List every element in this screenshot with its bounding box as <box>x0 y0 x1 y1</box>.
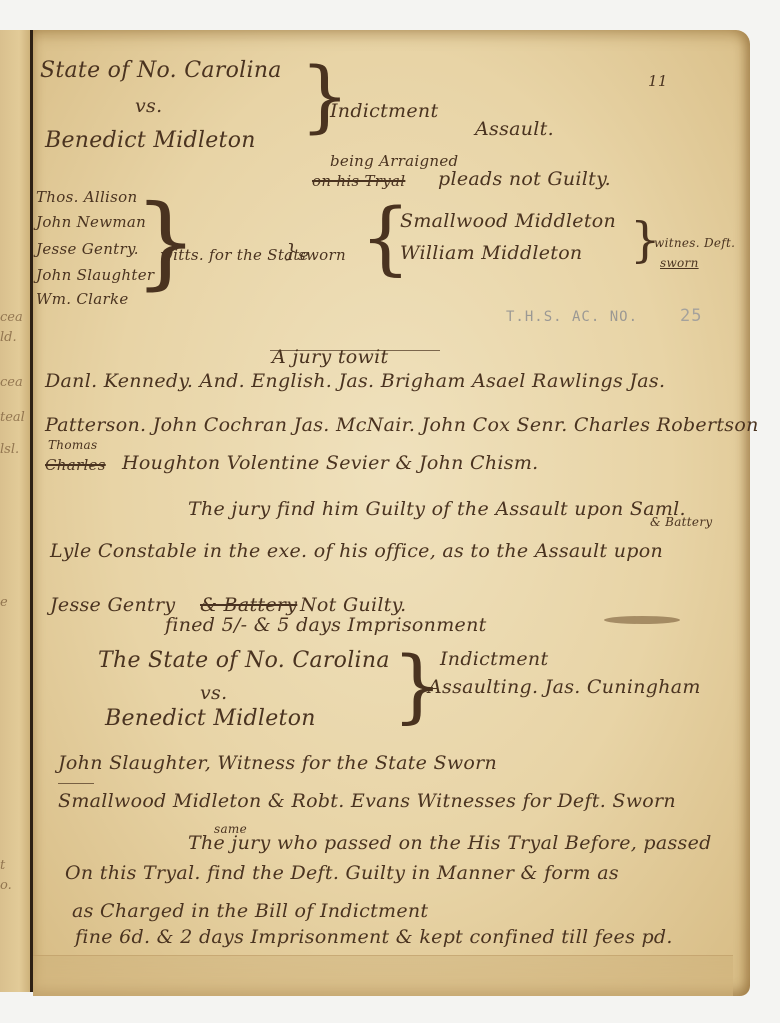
facing-page-fragment: o. <box>0 878 12 893</box>
case2-charge: Assaulting. Jas. Cuningham <box>428 676 701 698</box>
case2-defendant: Benedict Midleton <box>105 706 316 731</box>
case1-charge-type: Indictment <box>330 100 438 122</box>
accession-stamp: T.H.S. AC. NO.25 <box>506 306 703 326</box>
state-witness: John Newman <box>36 213 146 231</box>
page-number: 11 <box>648 72 668 90</box>
case1-arraignment-struck: on his Tryal <box>312 172 405 190</box>
facing-page-fragment: teal <box>0 410 25 425</box>
case2-versus: vs. <box>200 682 227 704</box>
jury-inserted-name: Thomas <box>48 438 97 452</box>
case1-versus: vs. <box>135 95 162 117</box>
facing-page-fragment: cea <box>0 310 23 325</box>
jury-heading-rule <box>270 350 440 351</box>
facing-page-fragment: ld. <box>0 330 17 345</box>
case2-sentence: fine 6d. & 2 days Imprisonment & kept co… <box>75 926 673 948</box>
state-witness: Thos. Allison <box>36 188 137 206</box>
case1-plaintiff: State of No. Carolina <box>40 58 282 83</box>
defense-witness: Smallwood Middleton <box>400 210 616 232</box>
case2-verdict-line: The jury who passed on the His Tryal Bef… <box>188 832 712 854</box>
case1-brace: } <box>300 58 350 136</box>
verdict-line: Jesse Gentry <box>50 594 175 616</box>
brace-small: } <box>285 240 297 262</box>
case2-state-witness: John Slaughter, Witness for the State Sw… <box>58 752 497 774</box>
case1-sentence: fined 5/- & 5 days Imprisonment <box>165 614 487 636</box>
case2-verdict-line: On this Tryal. find the Deft. Guilty in … <box>65 862 619 884</box>
defense-witnesses-status: sworn <box>660 256 699 270</box>
state-witness: Jesse Gentry. <box>36 240 139 258</box>
case1-defendant: Benedict Midleton <box>45 128 256 153</box>
facing-page-fragment: cea <box>0 375 23 390</box>
facing-page-fragment: e <box>0 595 8 610</box>
verdict-line: Lyle Constable in the exe. of his office… <box>50 540 663 562</box>
name-underline <box>58 783 94 784</box>
page-bottom-fold <box>33 955 733 996</box>
case2-plaintiff: The State of No. Carolina <box>98 648 390 673</box>
defense-witness: William Middleton <box>400 242 582 264</box>
state-witness: Wm. Clarke <box>36 290 129 308</box>
jury-line: Danl. Kennedy. And. English. Jas. Brigha… <box>45 370 665 392</box>
verdict-line: Not Guilty. <box>300 594 407 616</box>
verdict-struck: & Battery <box>200 594 297 616</box>
accession-number: 25 <box>680 306 702 326</box>
facing-page-fragment: t <box>0 858 5 873</box>
verdict-line: The jury find him Guilty of the Assault … <box>188 498 686 520</box>
facing-page-fragment: lsl. <box>0 442 19 457</box>
state-witnesses-status: sworn <box>298 246 346 264</box>
jury-line: Patterson. John Cochran Jas. McNair. Joh… <box>45 414 759 436</box>
jury-line: Houghton Volentine Sevier & John Chism. <box>122 452 539 474</box>
case2-verdict-line: as Charged in the Bill of Indictment <box>72 900 428 922</box>
accession-label: T.H.S. AC. NO. <box>506 309 638 325</box>
case2-charge-type: Indictment <box>440 648 548 670</box>
case1-charge: Assault. <box>475 118 554 140</box>
case2-defense-witnesses: Smallwood Midleton & Robt. Evans Witness… <box>58 790 676 812</box>
ink-blot <box>604 616 680 624</box>
state-witnesses-brace: } <box>134 192 198 292</box>
facing-page-edge: cea ld. cea teal lsl. e t o. <box>0 30 32 992</box>
case1-plea: pleads not Guilty. <box>438 168 611 190</box>
defense-witnesses-label: witnes. Deft. <box>654 236 735 250</box>
verdict-insert: & Battery <box>650 515 712 529</box>
jury-struck-name: Charles <box>45 456 106 474</box>
